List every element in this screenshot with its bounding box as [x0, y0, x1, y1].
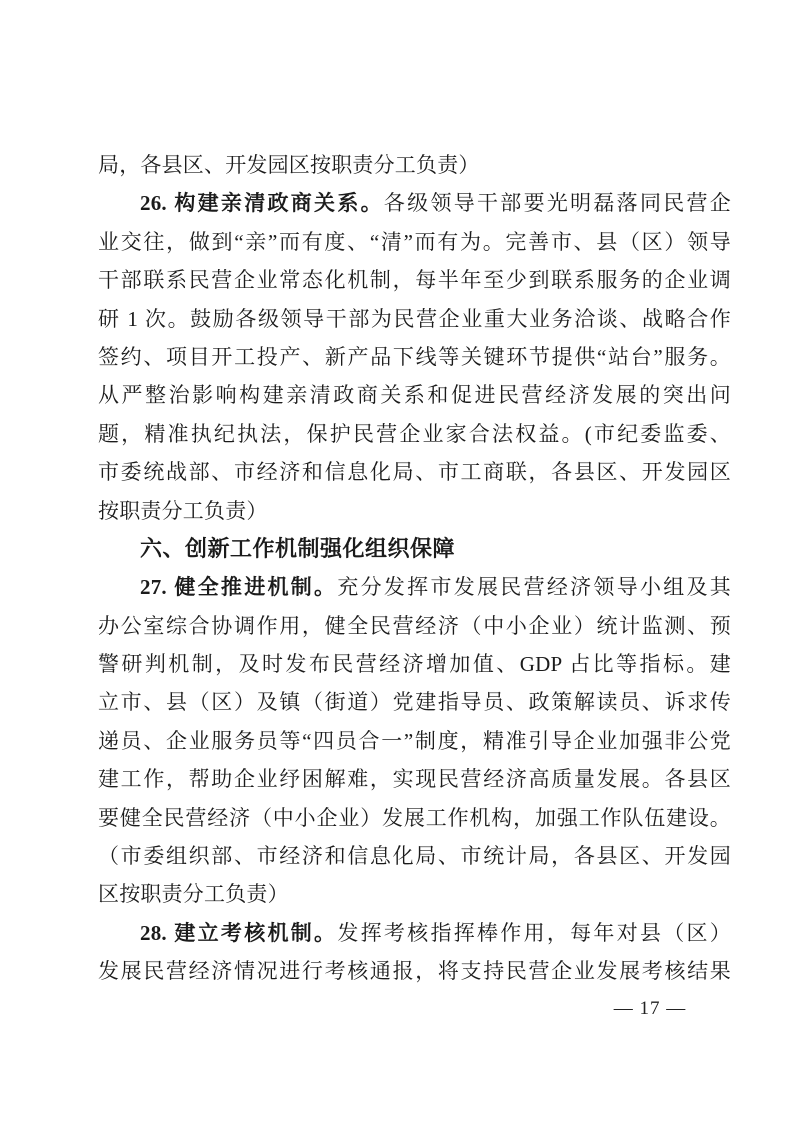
- paragraph-line: 发展民营经济情况进行考核通报，将支持民营企业发展考核结果: [98, 952, 731, 990]
- paragraph-line: 立市、县（区）及镇（街道）党建指导员、政策解读员、诉求传: [98, 683, 731, 721]
- paragraph-text: 发挥考核指挥棒作用，每年对县（区）: [337, 921, 731, 945]
- paragraph-line: 递员、企业服务员等“四员合一”制度，精准引导企业加强非公党: [98, 722, 731, 760]
- paragraph-line: （市委组织部、市经济和信息化局、市统计局，各县区、开发园: [98, 837, 731, 875]
- paragraph-line: 市委统战部、市经济和信息化局、市工商联，各县区、开发园区: [98, 453, 731, 491]
- paragraph-line: 题，精准执纪执法，保护民营企业家合法权益。(市纪委监委、: [98, 415, 731, 453]
- paragraph-line: 区按职责分工负责）: [98, 875, 731, 913]
- paragraph-lead: 27. 健全推进机制。: [140, 575, 337, 599]
- paragraph-line: 28. 建立考核机制。发挥考核指挥棒作用，每年对县（区）: [98, 914, 731, 952]
- text-block: 局，各县区、开发园区按职责分工负责） 26. 构建亲清政商关系。各级领导干部要光…: [98, 146, 731, 991]
- paragraph-line: 27. 健全推进机制。充分发挥市发展民营经济领导小组及其: [98, 568, 731, 606]
- paragraph-line: 签约、项目开工投产、新产品下线等关键环节提供“站台”服务。: [98, 338, 731, 376]
- paragraph-lead: 28. 建立考核机制。: [140, 921, 337, 945]
- paragraph-line: 建工作，帮助企业纾困解难，实现民营经济高质量发展。各县区: [98, 760, 731, 798]
- paragraph-line: 警研判机制，及时发布民营经济增加值、GDP 占比等指标。建: [98, 645, 731, 683]
- document-page: 局，各县区、开发园区按职责分工负责） 26. 构建亲清政商关系。各级领导干部要光…: [0, 0, 793, 1122]
- paragraph-line: 要健全民营经济（中小企业）发展工作机构，加强工作队伍建设。: [98, 799, 731, 837]
- paragraph-line: 26. 构建亲清政商关系。各级领导干部要光明磊落同民营企: [98, 184, 731, 222]
- paragraph-line: 从严整治影响构建亲清政商关系和促进民营经济发展的突出问: [98, 376, 731, 414]
- section-heading: 六、创新工作机制强化组织保障: [98, 530, 731, 568]
- paragraph-line: 干部联系民营企业常态化机制，每半年至少到联系服务的企业调: [98, 261, 731, 299]
- paragraph-text: 充分发挥市发展民营经济领导小组及其: [337, 575, 731, 599]
- paragraph-line: 研 1 次。鼓励各级领导干部为民营企业重大业务洽谈、战略合作: [98, 300, 731, 338]
- paragraph-line: 业交往，做到“亲”而有度、“清”而有为。完善市、县（区）领导: [98, 223, 731, 261]
- paragraph-line: 局，各县区、开发园区按职责分工负责）: [98, 146, 731, 184]
- page-number: — 17 —: [560, 996, 740, 1022]
- paragraph-line: 办公室综合协调作用，健全民营经济（中小企业）统计监测、预: [98, 607, 731, 645]
- paragraph-lead: 26. 构建亲清政商关系。: [140, 191, 384, 215]
- paragraph-line: 按职责分工负责）: [98, 492, 731, 530]
- paragraph-text: 各级领导干部要光明磊落同民营企: [384, 191, 731, 215]
